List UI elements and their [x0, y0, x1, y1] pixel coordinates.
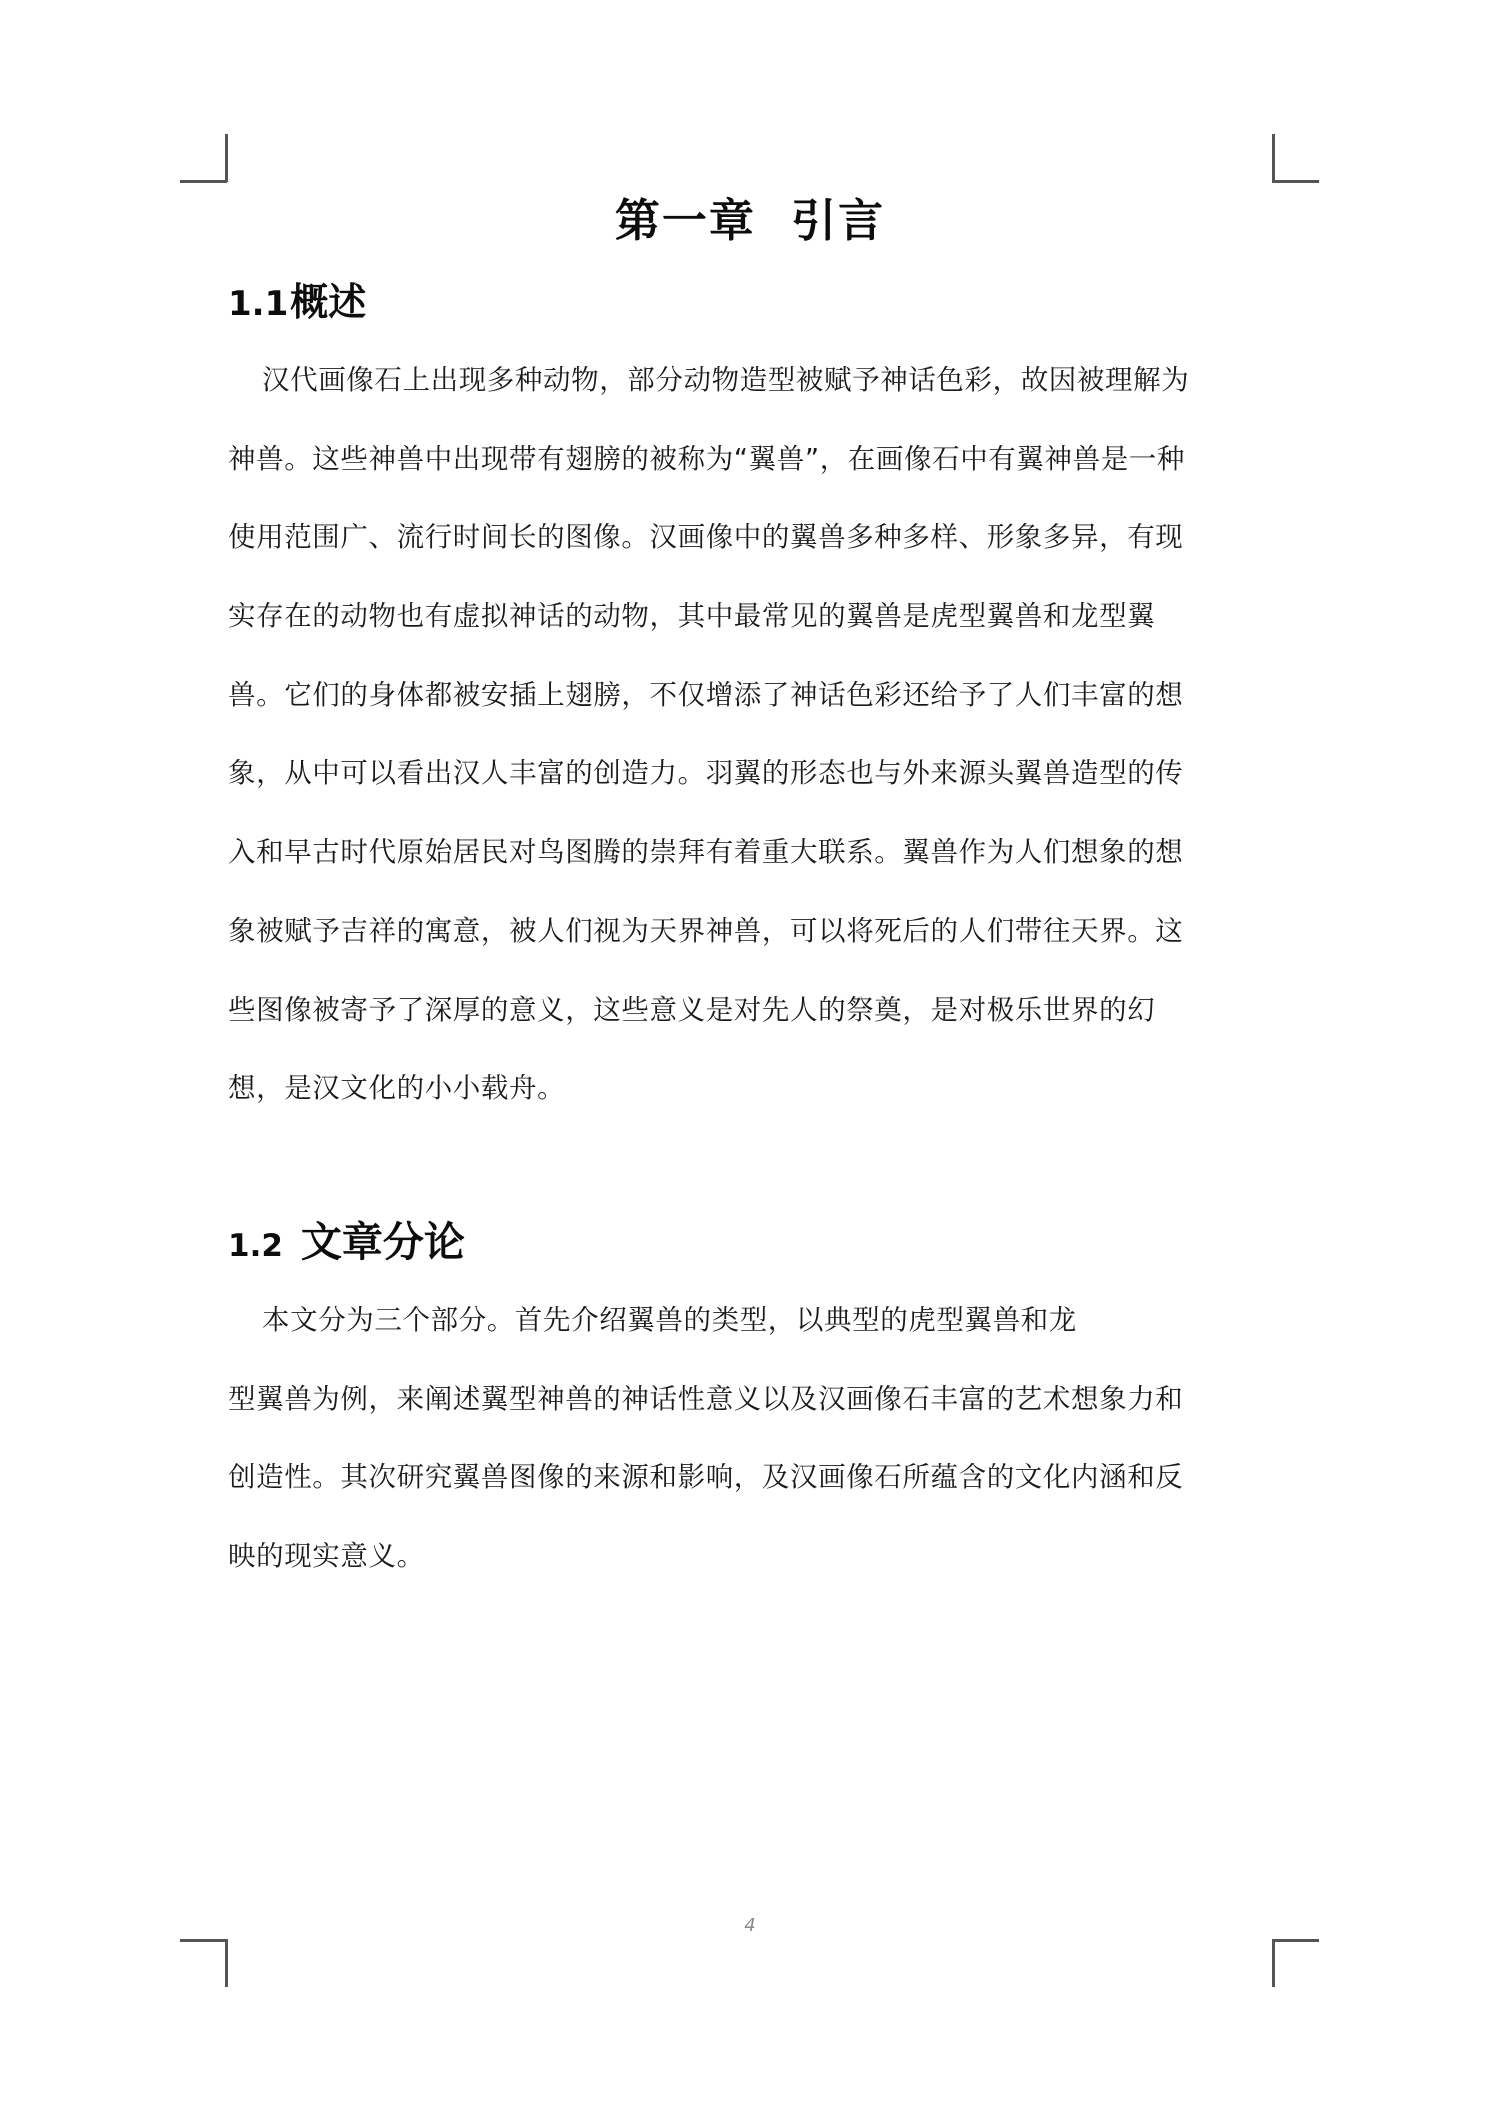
- section-number: 1.2: [228, 1218, 283, 1274]
- paragraph-line: 入和早古时代原始居民对鸟图腾的崇拜有着重大联系。翼兽作为人们想象的想: [228, 837, 1258, 916]
- document-page: 第一章 引言 1.1概述 汉代画像石上出现多种动物，部分动物造型被赋予神话色彩，…: [0, 0, 1500, 2122]
- paragraph-line: 汉代画像石上出现多种动物，部分动物造型被赋予神话色彩，故因被理解为: [228, 365, 1258, 444]
- crop-mark-bottom-right-horizontal: [1272, 1939, 1319, 1942]
- paragraph-line: 象被赋予吉祥的寓意，被人们视为天界神兽，可以将死后的人们带往天界。这: [228, 916, 1258, 995]
- crop-mark-bottom-left-vertical: [225, 1939, 228, 1987]
- section-number: 1.1: [228, 278, 288, 330]
- crop-mark-top-left-horizontal: [180, 180, 227, 183]
- chapter-title: 第一章 引言: [0, 190, 1500, 252]
- crop-mark-top-left-vertical: [225, 134, 228, 182]
- section-title: 文章分论: [301, 1214, 465, 1270]
- paragraph-line: 实存在的动物也有虚拟神话的动物，其中最常见的翼兽是虎型翼兽和龙型翼: [228, 601, 1258, 680]
- section-title: 概述: [290, 276, 366, 328]
- paragraph-line: 使用范围广、流行时间长的图像。汉画像中的翼兽多种多样、形象多异，有现: [228, 522, 1258, 601]
- paragraph-overview: 汉代画像石上出现多种动物，部分动物造型被赋予神话色彩，故因被理解为 神兽。这些神…: [228, 365, 1258, 1152]
- paragraph-line: 神兽。这些神兽中出现带有翅膀的被称为“翼兽”，在画像石中有翼神兽是一种: [228, 444, 1258, 523]
- paragraph-line: 想，是汉文化的小小载舟。: [228, 1073, 1258, 1152]
- paragraph-line: 本文分为三个部分。首先介绍翼兽的类型，以典型的虎型翼兽和龙: [228, 1305, 1258, 1384]
- paragraph-line: 型翼兽为例，来阐述翼型神兽的神话性意义以及汉画像石丰富的艺术想象力和: [228, 1384, 1258, 1463]
- paragraph-article-outline: 本文分为三个部分。首先介绍翼兽的类型，以典型的虎型翼兽和龙 型翼兽为例，来阐述翼…: [228, 1305, 1258, 1620]
- crop-mark-bottom-right-vertical: [1272, 1939, 1275, 1987]
- section-heading-overview: 1.1概述: [228, 276, 366, 333]
- paragraph-line: 映的现实意义。: [228, 1541, 1258, 1620]
- crop-mark-bottom-left-horizontal: [180, 1939, 227, 1942]
- crop-mark-top-right-horizontal: [1272, 180, 1319, 183]
- paragraph-line: 些图像被寄予了深厚的意义，这些意义是对先人的祭奠，是对极乐世界的幻: [228, 995, 1258, 1074]
- paragraph-line: 象，从中可以看出汉人丰富的创造力。羽翼的形态也与外来源头翼兽造型的传: [228, 758, 1258, 837]
- paragraph-line: 创造性。其次研究翼兽图像的来源和影响，及汉画像石所蕴含的文化内涵和反: [228, 1462, 1258, 1541]
- paragraph-line: 兽。它们的身体都被安插上翅膀，不仅增添了神话色彩还给予了人们丰富的想: [228, 680, 1258, 759]
- crop-mark-top-right-vertical: [1272, 134, 1275, 182]
- page-number: 4: [740, 1915, 760, 1936]
- section-heading-article-outline: 1.2文章分论: [228, 1214, 465, 1276]
